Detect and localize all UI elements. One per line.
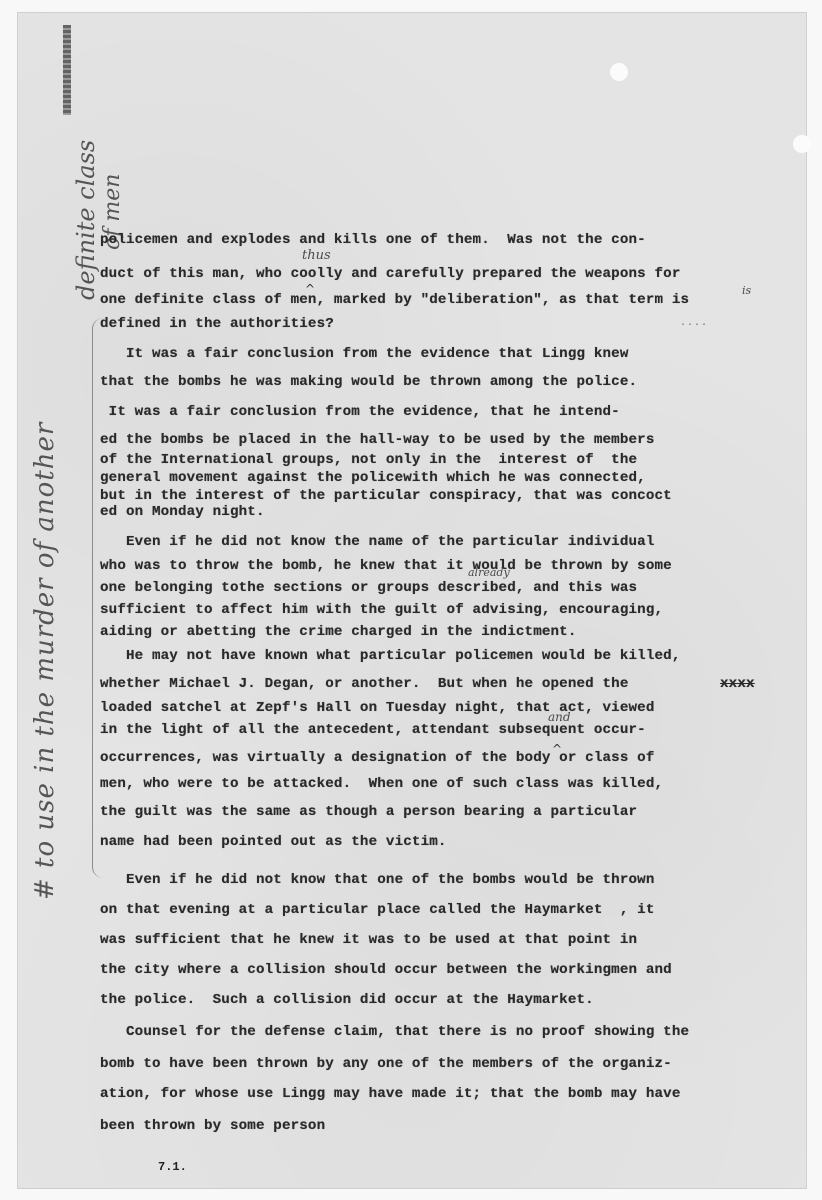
text-line: duct of this man, who coolly and careful… [100,266,680,282]
handwritten-insertion-is: is [742,284,751,297]
text-line: men, who were to be attacked. When one o… [100,776,663,792]
text-line: Even if he did not know that one of the … [100,872,655,888]
text-line: in the light of all the antecedent, atte… [100,722,646,738]
punch-hole-top [610,63,628,81]
text-line: It was a fair conclusion from the eviden… [100,346,629,362]
text-line: ed the bombs be placed in the hall-way t… [100,432,655,448]
ellipsis-marks: .... [680,318,708,329]
text-line: bomb to have been thrown by any one of t… [100,1056,672,1072]
text-line: name had been pointed out as the victim. [100,834,447,850]
page-number: 7.1. [158,1160,187,1174]
text-line: the city where a collision should occur … [100,962,672,978]
punch-hole-second [793,135,811,153]
text-line: of the International groups, not only in… [100,452,637,468]
insertion-caret: ^ [552,742,562,756]
handwritten-insertion-thus: thus [302,248,331,263]
margin-annotation-line2: definite class [72,140,100,300]
text-line: whether Michael J. Degan, or another. Bu… [100,676,637,692]
text-line: defined in the authorities? [100,316,334,332]
document-page [18,13,806,1188]
text-line: general movement against the policewith … [100,470,646,486]
text-line: was sufficient that he knew it was to be… [100,932,637,948]
text-line: but in the interest of the particular co… [100,488,672,504]
text-line: policemen and explodes and kills one of … [100,232,646,248]
margin-annotation-definite-class: definite class [72,140,100,300]
text-line: the guilt was the same as though a perso… [100,804,637,820]
text-line: occurrences, was virtually a designation… [100,750,655,766]
text-line: one belonging tothe sections or groups d… [100,580,637,596]
text-line: who was to throw the bomb, he knew that … [100,558,672,574]
struck-handwriting-mark [63,25,71,115]
text-line: on that evening at a particular place ca… [100,902,655,918]
text-line: He may not have known what particular po… [100,648,680,664]
text-line: that the bombs he was making would be th… [100,374,637,390]
text-line: aiding or abetting the crime charged in … [100,624,577,640]
text-line: ed on Monday night. [100,504,265,520]
text-line: one definite class of men, marked by "de… [100,292,689,308]
text-line: It was a fair conclusion from the eviden… [100,404,620,420]
text-line: the police. Such a collision did occur a… [100,992,594,1008]
insertion-caret: ^ [305,282,315,296]
text-line: Even if he did not know the name of the … [100,534,655,550]
handwritten-insertion-and: and [548,710,571,724]
text-line: been thrown by some person [100,1118,325,1134]
margin-annotation-main: # to use in the murder of another [30,422,60,900]
margin-bracket [92,318,103,878]
struck-text: xxxx [720,676,755,692]
text-line: loaded satchel at Zepf's Hall on Tuesday… [100,700,655,716]
text-line: Counsel for the defense claim, that ther… [100,1024,689,1040]
handwritten-insertion-already: already [468,566,510,579]
text-line: sufficient to affect him with the guilt … [100,602,663,618]
text-line: ation, for whose use Lingg may have made… [100,1086,680,1102]
